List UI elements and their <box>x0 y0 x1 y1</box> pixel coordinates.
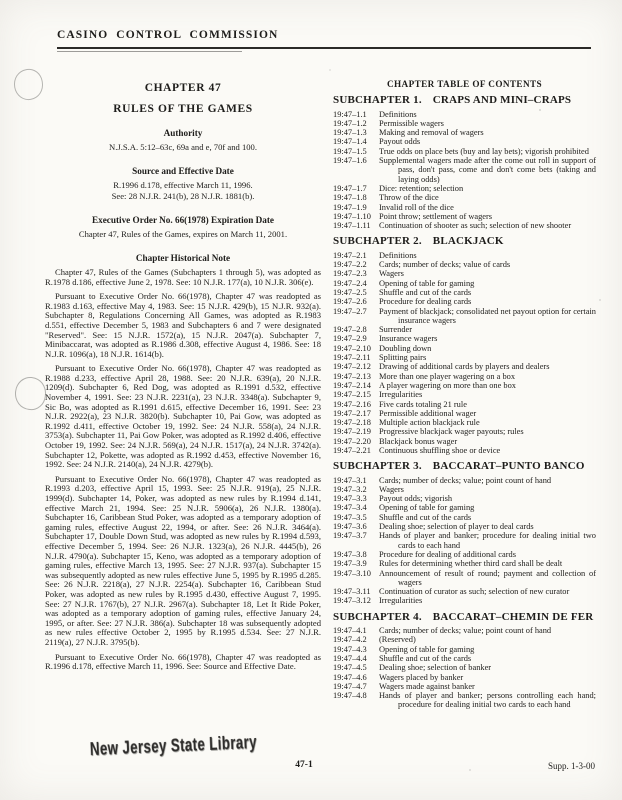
toc-entry-code: 19:47–3.3 <box>333 494 367 503</box>
toc-entry: 19:47–3.8 Procedure for dealing of addit… <box>333 550 596 559</box>
toc-subchapter: SUBCHAPTER 3.BACCARAT–PUNTO BANCO 19:47–… <box>333 462 596 605</box>
subchapter-label: SUBCHAPTER 3. <box>333 460 422 472</box>
library-stamp: New Jersey State Library <box>90 732 258 761</box>
toc-entry-code: 19:47–3.2 <box>333 485 367 494</box>
toc-entry-code: 19:47–4.5 <box>333 663 367 672</box>
toc-entry-code: 19:47–2.3 <box>333 269 367 278</box>
toc-title: CHAPTER TABLE OF CONTENTS <box>333 80 596 89</box>
subchapter-label: SUBCHAPTER 2. <box>333 235 422 247</box>
toc-entry-title: Procedure for dealing cards <box>379 297 596 306</box>
toc-entry-title: Wagers placed by banker <box>379 673 596 682</box>
authority-heading: Authority <box>45 129 321 139</box>
footer-page-number: 47-1 <box>0 760 608 770</box>
toc-entry-code: 19:47–3.10 <box>333 569 371 578</box>
toc-entry-code: 19:47–2.17 <box>333 409 371 418</box>
toc-entry-code: 19:47–3.1 <box>333 476 367 485</box>
toc-entry-title: Definitions <box>379 251 596 260</box>
toc-entry-code: 19:47–2.10 <box>333 344 371 353</box>
toc-entry-code: 19:47–3.5 <box>333 513 367 522</box>
toc-entry-title: Throw of the dice <box>379 193 596 202</box>
toc-entry-code: 19:47–1.10 <box>333 212 371 221</box>
toc-entry-title: Supplemental wagers made after the come … <box>379 156 596 184</box>
toc-entry-list: 19:47–3.1 Cards; number of decks; value;… <box>333 476 596 606</box>
toc-entry-title: Hands of player and banker; procedure fo… <box>379 531 596 550</box>
toc-entry-title: Permissible wagers <box>379 119 596 128</box>
toc-entry-title: Continuation of shooter as such; selecti… <box>379 221 596 230</box>
toc-entry-code: 19:47–1.11 <box>333 221 371 230</box>
toc-entry: 19:47–1.7 Dice: retention; selection <box>333 184 596 193</box>
toc-entry: 19:47–3.2 Wagers <box>333 485 596 494</box>
toc-entry-title: Progressive blackjack wager payouts; rul… <box>379 427 596 436</box>
toc-entry-title: Payout odds <box>379 137 596 146</box>
toc-entry: 19:47–4.1 Cards; number of decks; value;… <box>333 626 596 635</box>
authority-text: N.J.S.A. 5:12–63c, 69a and e, 70f and 10… <box>45 143 321 153</box>
historical-note-paragraph: Pursuant to Executive Order No. 66(1978)… <box>45 292 321 359</box>
toc-entry-title: Dealing shoe; selection of banker <box>379 663 596 672</box>
toc-subchapter: SUBCHAPTER 4.BACCARAT–CHEMIN DE FER 19:4… <box>333 613 596 710</box>
toc-entry-code: 19:47–2.2 <box>333 260 367 269</box>
toc-subchapters: SUBCHAPTER 1.CRAPS AND MINI–CRAPS 19:47–… <box>333 96 596 709</box>
toc-entry: 19:47–3.1 Cards; number of decks; value;… <box>333 476 596 485</box>
historical-note-paragraph: Pursuant to Executive Order No. 66(1978)… <box>45 653 321 672</box>
toc-entry: 19:47–3.7 Hands of player and banker; pr… <box>333 531 596 550</box>
toc-entry-code: 19:47–4.8 <box>333 691 367 700</box>
toc-entry-code: 19:47–4.6 <box>333 673 367 682</box>
toc-entry-code: 19:47–3.8 <box>333 550 367 559</box>
toc-entry-title: (Reserved) <box>379 635 596 644</box>
toc-entry-code: 19:47–2.15 <box>333 390 371 399</box>
toc-entry-code: 19:47–2.5 <box>333 288 367 297</box>
toc-entry-code: 19:47–1.9 <box>333 203 367 212</box>
toc-entry-title: Cards; number of decks; value; point cou… <box>379 476 596 485</box>
toc-entry: 19:47–4.8 Hands of player and banker; pe… <box>333 691 596 710</box>
toc-entry: 19:47–4.4 Shuffle and cut of the cards <box>333 654 596 663</box>
toc-entry: 19:47–2.14 A player wagering on more tha… <box>333 381 596 390</box>
toc-entry-title: Dice: retention; selection <box>379 184 596 193</box>
toc-entry: 19:47–2.7 Payment of blackjack; consolid… <box>333 307 596 326</box>
toc-entry-title: Invalid roll of the dice <box>379 203 596 212</box>
toc-entry-code: 19:47–3.11 <box>333 587 371 596</box>
toc-column: CHAPTER TABLE OF CONTENTS SUBCHAPTER 1.C… <box>333 80 596 710</box>
toc-entry: 19:47–1.3 Making and removal of wagers <box>333 128 596 137</box>
toc-entry-code: 19:47–2.8 <box>333 325 367 334</box>
toc-entry: 19:47–2.9 Insurance wagers <box>333 334 596 343</box>
toc-entry: 19:47–4.3 Opening of table for gaming <box>333 645 596 654</box>
toc-entry-code: 19:47–2.7 <box>333 307 367 316</box>
toc-entry-code: 19:47–3.4 <box>333 503 367 512</box>
toc-entry: 19:47–3.5 Shuffle and cut of the cards <box>333 513 596 522</box>
toc-entry-title: Shuffle and cut of the cards <box>379 513 596 522</box>
toc-entry-code: 19:47–1.2 <box>333 119 367 128</box>
toc-entry: 19:47–3.12 Irregularities <box>333 596 596 605</box>
toc-entry-code: 19:47–4.3 <box>333 645 367 654</box>
toc-entry-code: 19:47–3.7 <box>333 531 367 540</box>
toc-entry-code: 19:47–4.4 <box>333 654 367 663</box>
toc-subchapter: SUBCHAPTER 2.BLACKJACK 19:47–2.1 Definit… <box>333 237 596 455</box>
toc-entry-code: 19:47–3.12 <box>333 596 371 605</box>
toc-entry-title: Shuffle and cut of the cards <box>379 654 596 663</box>
toc-entry-title: Definitions <box>379 110 596 119</box>
toc-entry: 19:47–2.21 Continuous shuffling shoe or … <box>333 446 596 455</box>
toc-entry: 19:47–4.5 Dealing shoe; selection of ban… <box>333 663 596 672</box>
toc-entry: 19:47–3.4 Opening of table for gaming <box>333 503 596 512</box>
toc-entry-code: 19:47–2.20 <box>333 437 371 446</box>
toc-entry: 19:47–2.12 Drawing of additional cards b… <box>333 362 596 371</box>
toc-entry-list: 19:47–2.1 Definitions 19:47–2.2 Cards; n… <box>333 251 596 456</box>
expiration-heading: Executive Order No. 66(1978) Expiration … <box>45 216 321 226</box>
historical-note-paragraph: Pursuant to Executive Order No. 66(1978)… <box>45 475 321 648</box>
toc-entry-title: Wagers made against banker <box>379 682 596 691</box>
toc-entry: 19:47–1.8 Throw of the dice <box>333 193 596 202</box>
toc-entry-code: 19:47–2.4 <box>333 279 367 288</box>
pencil-circle-mark-top <box>12 67 46 103</box>
toc-entry: 19:47–3.3 Payout odds; vigorish <box>333 494 596 503</box>
toc-entry: 19:47–1.4 Payout odds <box>333 137 596 146</box>
toc-entry: 19:47–2.1 Definitions <box>333 251 596 260</box>
toc-entry: 19:47–2.18 Multiple action blackjack rul… <box>333 418 596 427</box>
toc-entry-title: Payout odds; vigorish <box>379 494 596 503</box>
toc-entry-list: 19:47–1.1 Definitions 19:47–1.2 Permissi… <box>333 110 596 231</box>
subchapter-label: SUBCHAPTER 4. <box>333 611 422 623</box>
toc-entry-title: Irregularities <box>379 596 596 605</box>
toc-entry-title: Surrender <box>379 325 596 334</box>
subchapter-name: BACCARAT–CHEMIN DE FER <box>433 611 594 623</box>
toc-entry-code: 19:47–2.11 <box>333 353 371 362</box>
toc-entry-title: True odds on place bets (buy and lay bet… <box>379 147 596 156</box>
toc-entry: 19:47–1.1 Definitions <box>333 110 596 119</box>
toc-entry: 19:47–2.2 Cards; number of decks; value … <box>333 260 596 269</box>
toc-entry-code: 19:47–1.3 <box>333 128 367 137</box>
toc-entry-list: 19:47–4.1 Cards; number of decks; value;… <box>333 626 596 710</box>
header-rule <box>57 47 591 49</box>
toc-entry: 19:47–2.19 Progressive blackjack wager p… <box>333 427 596 436</box>
expiration-text: Chapter 47, Rules of the Games, expires … <box>45 230 321 240</box>
toc-entry-title: Procedure for dealing of additional card… <box>379 550 596 559</box>
subchapter-name: CRAPS AND MINI–CRAPS <box>433 94 571 106</box>
toc-entry-title: Splitting pairs <box>379 353 596 362</box>
subchapter-heading: SUBCHAPTER 3.BACCARAT–PUNTO BANCO <box>333 462 596 471</box>
toc-entry-code: 19:47–1.7 <box>333 184 367 193</box>
toc-entry-code: 19:47–4.1 <box>333 626 367 635</box>
toc-entry-title: Drawing of additional cards by players a… <box>379 362 596 371</box>
toc-entry-code: 19:47–2.9 <box>333 334 367 343</box>
toc-entry: 19:47–3.9 Rules for determining whether … <box>333 559 596 568</box>
toc-entry: 19:47–2.13 More than one player wagering… <box>333 372 596 381</box>
toc-entry-title: Payment of blackjack; consolidated net p… <box>379 307 596 326</box>
document-page: CASINO CONTROL COMMISSION CHAPTER 47 RUL… <box>0 0 622 800</box>
toc-entry-title: Irregularities <box>379 390 596 399</box>
toc-entry: 19:47–1.6 Supplemental wagers made after… <box>333 156 596 184</box>
toc-entry-code: 19:47–2.16 <box>333 400 371 409</box>
subchapter-name: BACCARAT–PUNTO BANCO <box>433 460 585 472</box>
toc-entry: 19:47–2.4 Opening of table for gaming <box>333 279 596 288</box>
toc-subchapter: SUBCHAPTER 1.CRAPS AND MINI–CRAPS 19:47–… <box>333 96 596 230</box>
toc-entry: 19:47–2.3 Wagers <box>333 269 596 278</box>
toc-entry-code: 19:47–4.2 <box>333 635 367 644</box>
toc-entry: 19:47–2.15 Irregularities <box>333 390 596 399</box>
toc-entry: 19:47–2.11 Splitting pairs <box>333 353 596 362</box>
toc-entry-code: 19:47–2.13 <box>333 372 371 381</box>
toc-entry: 19:47–2.16 Five cards totaling 21 rule <box>333 400 596 409</box>
source-effective-line1: R.1996 d.178, effective March 11, 1996. <box>45 181 321 191</box>
historical-note-paragraph: Pursuant to Executive Order No. 66(1978)… <box>45 364 321 470</box>
chapter-number: CHAPTER 47 <box>45 84 321 94</box>
toc-entry: 19:47–1.11 Continuation of shooter as su… <box>333 221 596 230</box>
toc-entry-title: Cards; number of decks; value; point cou… <box>379 626 596 635</box>
historical-note-heading: Chapter Historical Note <box>45 254 321 264</box>
chapter-title: RULES OF THE GAMES <box>45 105 321 115</box>
toc-entry: 19:47–2.6 Procedure for dealing cards <box>333 297 596 306</box>
toc-entry-code: 19:47–1.5 <box>333 147 367 156</box>
toc-entry-code: 19:47–4.7 <box>333 682 367 691</box>
toc-entry: 19:47–3.6 Dealing shoe; selection of pla… <box>333 522 596 531</box>
subchapter-name: BLACKJACK <box>433 235 504 247</box>
toc-entry-title: More than one player wagering on a box <box>379 372 596 381</box>
toc-entry: 19:47–2.5 Shuffle and cut of the cards <box>333 288 596 297</box>
toc-entry-title: Announcement of result of round; payment… <box>379 569 596 588</box>
toc-entry-code: 19:47–2.6 <box>333 297 367 306</box>
toc-entry-code: 19:47–1.4 <box>333 137 367 146</box>
toc-entry-code: 19:47–2.1 <box>333 251 367 260</box>
toc-entry: 19:47–1.9 Invalid roll of the dice <box>333 203 596 212</box>
toc-entry-code: 19:47–1.6 <box>333 156 367 165</box>
toc-entry: 19:47–1.5 True odds on place bets (buy a… <box>333 147 596 156</box>
toc-entry-title: Cards; number of decks; value of cards <box>379 260 596 269</box>
toc-entry-code: 19:47–2.21 <box>333 446 371 455</box>
toc-entry-code: 19:47–2.19 <box>333 427 371 436</box>
toc-entry-title: Multiple action blackjack rule <box>379 418 596 427</box>
toc-entry: 19:47–2.8 Surrender <box>333 325 596 334</box>
subchapter-label: SUBCHAPTER 1. <box>333 94 422 106</box>
toc-entry-code: 19:47–1.8 <box>333 193 367 202</box>
toc-entry-title: Continuous shuffling shoe or device <box>379 446 596 455</box>
toc-entry-title: Opening of table for gaming <box>379 279 596 288</box>
left-column: CHAPTER 47 RULES OF THE GAMES Authority … <box>45 82 321 677</box>
toc-entry-title: Insurance wagers <box>379 334 596 343</box>
subchapter-heading: SUBCHAPTER 4.BACCARAT–CHEMIN DE FER <box>333 613 596 622</box>
historical-note-paragraph: Chapter 47, Rules of the Games (Subchapt… <box>45 268 321 287</box>
toc-entry-title: Continuation of curator as such; selecti… <box>379 587 596 596</box>
toc-entry: 19:47–1.2 Permissible wagers <box>333 119 596 128</box>
toc-entry: 19:47–3.10 Announcement of result of rou… <box>333 569 596 588</box>
header-rule-echo <box>57 51 242 52</box>
toc-entry-title: Permissible additional wager <box>379 409 596 418</box>
subchapter-heading: SUBCHAPTER 2.BLACKJACK <box>333 237 596 246</box>
toc-entry-title: Hands of player and banker; persons cont… <box>379 691 596 710</box>
toc-entry-code: 19:47–1.1 <box>333 110 367 119</box>
toc-entry-code: 19:47–2.12 <box>333 362 371 371</box>
toc-entry-title: Opening of table for gaming <box>379 645 596 654</box>
toc-entry-title: Doubling down <box>379 344 596 353</box>
toc-entry: 19:47–4.2 (Reserved) <box>333 635 596 644</box>
toc-entry: 19:47–4.6 Wagers placed by banker <box>333 673 596 682</box>
toc-entry-title: Wagers <box>379 269 596 278</box>
toc-entry-title: Rules for determining whether third card… <box>379 559 596 568</box>
toc-entry-code: 19:47–3.9 <box>333 559 367 568</box>
toc-entry-title: Five cards totaling 21 rule <box>379 400 596 409</box>
toc-entry-title: Point throw; settlement of wagers <box>379 212 596 221</box>
toc-entry-title: Blackjack bonus wager <box>379 437 596 446</box>
page-header-title: CASINO CONTROL COMMISSION <box>57 29 278 41</box>
toc-entry: 19:47–4.7 Wagers made against banker <box>333 682 596 691</box>
source-effective-heading: Source and Effective Date <box>45 167 321 177</box>
toc-entry-title: A player wagering on more than one box <box>379 381 596 390</box>
toc-entry: 19:47–2.10 Doubling down <box>333 344 596 353</box>
toc-entry-title: Opening of table for gaming <box>379 503 596 512</box>
toc-entry-title: Wagers <box>379 485 596 494</box>
toc-entry-title: Dealing shoe; selection of player to dea… <box>379 522 596 531</box>
subchapter-heading: SUBCHAPTER 1.CRAPS AND MINI–CRAPS <box>333 96 596 105</box>
toc-entry-code: 19:47–2.14 <box>333 381 371 390</box>
toc-entry-title: Making and removal of wagers <box>379 128 596 137</box>
footer-supplement: Supp. 1-3-00 <box>548 761 595 771</box>
historical-paragraphs: Chapter 47, Rules of the Games (Subchapt… <box>45 268 321 672</box>
toc-entry-code: 19:47–3.6 <box>333 522 367 531</box>
pencil-circle-mark-mid <box>13 375 47 411</box>
toc-entry: 19:47–3.11 Continuation of curator as su… <box>333 587 596 596</box>
toc-entry-title: Shuffle and cut of the cards <box>379 288 596 297</box>
toc-entry: 19:47–2.17 Permissible additional wager <box>333 409 596 418</box>
toc-entry-code: 19:47–2.18 <box>333 418 371 427</box>
toc-entry: 19:47–2.20 Blackjack bonus wager <box>333 437 596 446</box>
source-effective-line2: See: 28 N.J.R. 241(b), 28 N.J.R. 1881(b)… <box>45 192 321 202</box>
toc-entry: 19:47–1.10 Point throw; settlement of wa… <box>333 212 596 221</box>
